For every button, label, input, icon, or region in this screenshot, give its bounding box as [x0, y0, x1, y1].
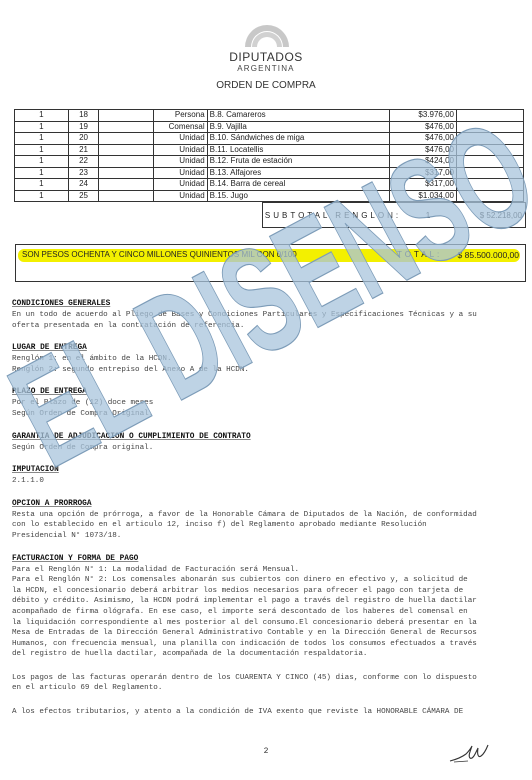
cell-qty: 1: [15, 179, 69, 191]
cell-blank: [99, 133, 154, 145]
cell-num: 20: [68, 133, 99, 145]
section-body: Resta una opción de prórroga, a favor de…: [12, 510, 528, 542]
cell-blank: [99, 179, 154, 191]
table-row: 125UnidadB.15. Jugo$1.034,00: [15, 190, 524, 202]
table-row: 119ComensalB.9. Vajilla$476,00: [15, 121, 524, 133]
cell-price: $317,00: [390, 167, 457, 179]
cell-qty: 1: [15, 167, 69, 179]
cell-price: $476,00: [390, 121, 457, 133]
cell-blank: [99, 121, 154, 133]
cell-desc: B.11. Locatellis: [207, 144, 389, 156]
table-row: 118PersonaB.8. Camareros$3.976,00: [15, 110, 524, 122]
section: OPCION A PRORROGAResta una opción de pró…: [12, 500, 528, 542]
cell-extra: [456, 133, 523, 145]
total-amount: $ 85.500.000,00: [458, 250, 519, 260]
section-title: FACTURACION Y FORMA DE PAGO: [12, 555, 528, 563]
cell-num: 21: [68, 144, 99, 156]
cell-unit: Unidad: [154, 190, 208, 202]
subtotal-quantity: 1: [403, 211, 453, 220]
cell-extra: [456, 156, 523, 168]
table-row: 122UnidadB.12. Fruta de estación$424,00: [15, 156, 524, 168]
section-body: 2.1.1.0: [12, 476, 528, 487]
brand-name: DIPUTADOS: [0, 50, 532, 64]
section: FACTURACION Y FORMA DE PAGOPara el Rengl…: [12, 555, 528, 660]
cell-extra: [456, 167, 523, 179]
cell-desc: B.15. Jugo: [207, 190, 389, 202]
brand-subtitle: ARGENTINA: [0, 64, 532, 73]
total-box: SON PESOS OCHENTA Y CINCO MILLONES QUINI…: [15, 244, 526, 282]
section-body: Según Orden de Compra original.: [12, 443, 528, 454]
cell-extra: [456, 190, 523, 202]
document-title: ORDEN DE COMPRA: [0, 80, 532, 91]
signature-icon: [448, 742, 492, 764]
cell-blank: [99, 190, 154, 202]
section-body: Por el Plazo de (12) doce meses Según Or…: [12, 398, 528, 419]
cell-num: 23: [68, 167, 99, 179]
cell-desc: B.10. Sándwiches de miga: [207, 133, 389, 145]
cell-price: $424,00: [390, 156, 457, 168]
cell-price: $1.034,00: [390, 190, 457, 202]
cell-qty: 1: [15, 110, 69, 122]
cell-extra: [456, 179, 523, 191]
cell-num: 22: [68, 156, 99, 168]
table-row: 120UnidadB.10. Sándwiches de miga$476,00: [15, 133, 524, 145]
cell-num: 24: [68, 179, 99, 191]
section-title: LUGAR DE ENTREGA: [12, 344, 528, 352]
cell-blank: [99, 110, 154, 122]
section: PLAZO DE ENTREGAPor el Plazo de (12) doc…: [12, 388, 528, 419]
cell-num: 19: [68, 121, 99, 133]
section-title: GARANTIA DE ADJUDICACION O CUMPLIMIENTO …: [12, 433, 528, 441]
subtotal-amount: $ 52.218,00: [453, 211, 525, 220]
cell-num: 18: [68, 110, 99, 122]
section: IMPUTACION2.1.1.0: [12, 466, 528, 487]
section: A los efectos tributarios, y atento a la…: [12, 707, 528, 718]
cell-unit: Unidad: [154, 144, 208, 156]
cell-blank: [99, 144, 154, 156]
conditions-sections: CONDICIONES GENERALESEn un todo de acuer…: [12, 300, 528, 731]
cell-qty: 1: [15, 133, 69, 145]
total-label: TOTAL:: [397, 250, 442, 259]
cell-unit: Comensal: [154, 121, 208, 133]
subtotal-label: SUBTOTAL RENGLON:: [263, 211, 403, 220]
hemicycle-logo-icon: [243, 23, 291, 47]
cell-desc: B.13. Alfajores: [207, 167, 389, 179]
cell-num: 25: [68, 190, 99, 202]
section-body: Para el Renglón N° 1: La modalidad de Fa…: [12, 565, 528, 660]
table-row: 121UnidadB.11. Locatellis$476,00: [15, 144, 524, 156]
section: GARANTIA DE ADJUDICACION O CUMPLIMIENTO …: [12, 433, 528, 454]
cell-qty: 1: [15, 156, 69, 168]
table-row: 124UnidadB.14. Barra de cereal$317,00: [15, 179, 524, 191]
cell-blank: [99, 167, 154, 179]
cell-desc: B.14. Barra de cereal: [207, 179, 389, 191]
cell-price: $3.976,00: [390, 110, 457, 122]
table-row: 123UnidadB.13. Alfajores$317,00: [15, 167, 524, 179]
section-body: Renglón 1: en el ámbito de la HCDN. Reng…: [12, 354, 528, 375]
cell-desc: B.8. Camareros: [207, 110, 389, 122]
section: LUGAR DE ENTREGARenglón 1: en el ámbito …: [12, 344, 528, 375]
cell-desc: B.9. Vajilla: [207, 121, 389, 133]
cell-extra: [456, 121, 523, 133]
subtotal-row: SUBTOTAL RENGLON: 1 $ 52.218,00: [262, 202, 526, 228]
cell-unit: Unidad: [154, 156, 208, 168]
section-title: PLAZO DE ENTREGA: [12, 388, 528, 396]
total-in-words: SON PESOS OCHENTA Y CINCO MILLONES QUINI…: [22, 250, 297, 259]
section: CONDICIONES GENERALESEn un todo de acuer…: [12, 300, 528, 331]
cell-price: $476,00: [390, 144, 457, 156]
section-body: En un todo de acuerdo al Pliego de Bases…: [12, 310, 528, 331]
section-title: OPCION A PRORROGA: [12, 500, 528, 508]
items-table: 118PersonaB.8. Camareros$3.976,00119Come…: [14, 109, 524, 202]
section-body: Los pagos de las facturas operarán dentr…: [12, 673, 528, 694]
cell-price: $317,00: [390, 179, 457, 191]
cell-unit: Persona: [154, 110, 208, 122]
cell-extra: [456, 144, 523, 156]
section-body: A los efectos tributarios, y atento a la…: [12, 707, 528, 718]
cell-qty: 1: [15, 190, 69, 202]
cell-price: $476,00: [390, 133, 457, 145]
cell-blank: [99, 156, 154, 168]
section-title: CONDICIONES GENERALES: [12, 300, 528, 308]
cell-unit: Unidad: [154, 167, 208, 179]
section: Los pagos de las facturas operarán dentr…: [12, 673, 528, 694]
cell-desc: B.12. Fruta de estación: [207, 156, 389, 168]
cell-unit: Unidad: [154, 133, 208, 145]
cell-extra: [456, 110, 523, 122]
cell-qty: 1: [15, 121, 69, 133]
cell-qty: 1: [15, 144, 69, 156]
cell-unit: Unidad: [154, 179, 208, 191]
section-title: IMPUTACION: [12, 466, 528, 474]
